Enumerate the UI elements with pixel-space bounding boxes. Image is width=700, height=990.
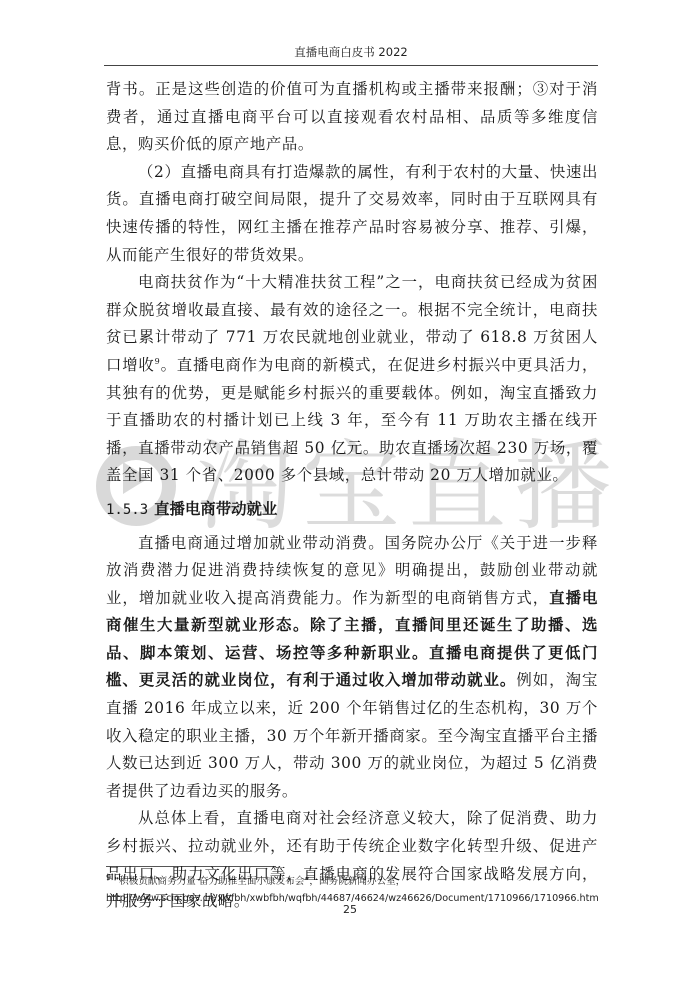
paragraph-text: 。直播电商作为电商的新模式，在促进乡村振兴中更具活力，其独有的优势，更是赋能乡村… [106, 356, 598, 484]
paragraph-benefits-continued: 背书。正是这些创造的价值可为直播机构或主播带来报酬；③对于消费者，通过直播电商平… [106, 76, 598, 159]
section-number: 1.5.3 [106, 502, 148, 518]
header-divider [104, 65, 598, 66]
section-title: 直播电商带动就业 [154, 500, 277, 518]
paragraph-text: 直播电商通过增加就业带动消费。国务院办公厅《关于进一步释放消费潜力促进消费持续恢… [106, 534, 598, 607]
document-body: 背书。正是这些创造的价值可为直播机构或主播带来报酬；③对于消费者，通过直播电商平… [106, 76, 598, 916]
paragraph-hit-products: （2）直播电商具有打造爆款的属性，有利于农村的大量、快速出货。直播电商打破空间局… [106, 159, 598, 269]
paragraph-text: 例如，淘宝直播 2016 年成立以来，近 200 个年销售过亿的生态机构，30 … [106, 671, 598, 799]
paragraph-employment: 直播电商通过增加就业带动消费。国务院办公厅《关于进一步释放消费潜力促进消费持续恢… [106, 530, 598, 806]
paragraph-poverty-alleviation: 电商扶贫作为“十大精准扶贫工程”之一，电商扶贫已经成为贫困群众脱贫增收最直接、最… [106, 269, 598, 490]
section-heading: 1.5.3直播电商带动就业 [106, 496, 598, 525]
paragraph-summary: 从总体上看，直播电商对社会经济意义较大，除了促消费、助力乡村振兴、拉动就业外，还… [106, 805, 598, 915]
running-header: 直播电商白皮书 2022 [104, 44, 598, 60]
